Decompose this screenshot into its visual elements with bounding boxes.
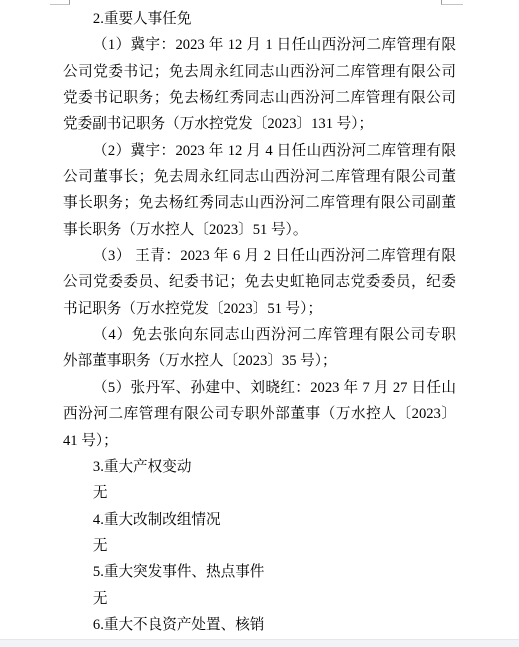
document-line: （5）张丹军、孙建中、刘晓红：2023 年 7 月 27 日任山 [63,375,456,401]
document-line: 无 [63,533,456,559]
document-line: 外部董事职务（万水控人〔2023〕35 号）； [63,348,456,374]
document-line: 5.重大突发事件、热点事件 [63,559,456,585]
document-page: 2.重要人事任免（1）冀宇：2023 年 12 月 1 日任山西汾河二库管理有限… [0,0,519,647]
document-line: 党委副书记职务（万水控党发〔2023〕131 号）； [63,111,456,137]
document-line: 公司董事长；免去周永红同志山西汾河二库管理有限公司董 [63,164,456,190]
document-line: 西汾河二库管理有限公司专职外部董事（万水控人〔2023〕 [63,401,456,427]
document-text-area[interactable]: 2.重要人事任免（1）冀宇：2023 年 12 月 1 日任山西汾河二库管理有限… [63,6,456,638]
document-line: 2.重要人事任免 [63,6,456,32]
document-line: 3.重大产权变动 [63,454,456,480]
document-line: （1）冀宇：2023 年 12 月 1 日任山西汾河二库管理有限 [63,32,456,58]
document-line: 事长职务（万水控人〔2023〕51 号）。 [63,217,456,243]
text-boundary-mark-top-right [441,0,463,5]
document-line: 公司党委书记；免去周永红同志山西汾河二库管理有限公司 [63,59,456,85]
document-line: （2）冀宇：2023 年 12 月 4 日任山西汾河二库管理有限 [63,138,456,164]
document-line: 4.重大改制改组情况 [63,507,456,533]
page-bottom-strip [0,639,519,647]
document-line: 无 [63,586,456,612]
document-line: 事长职务；免去杨红秀同志山西汾河二库管理有限公司副董 [63,190,456,216]
document-line: 6.重大不良资产处置、核销 [63,612,456,638]
document-line: 党委书记职务；免去杨红秀同志山西汾河二库管理有限公司 [63,85,456,111]
document-line: 公司党委委员、纪委书记；免去史虹艳同志党委委员，纪委 [63,269,456,295]
document-line: 无 [63,480,456,506]
document-line: 41 号）； [63,428,456,454]
document-line: （4）免去张向东同志山西汾河二库管理有限公司专职 [63,322,456,348]
text-boundary-mark-top-left [50,0,70,5]
document-line: 书记职务（万水控党发〔2023〕51 号）； [63,296,456,322]
document-line: （3） 王青：2023 年 6 月 2 日任山西汾河二库管理有限 [63,243,456,269]
